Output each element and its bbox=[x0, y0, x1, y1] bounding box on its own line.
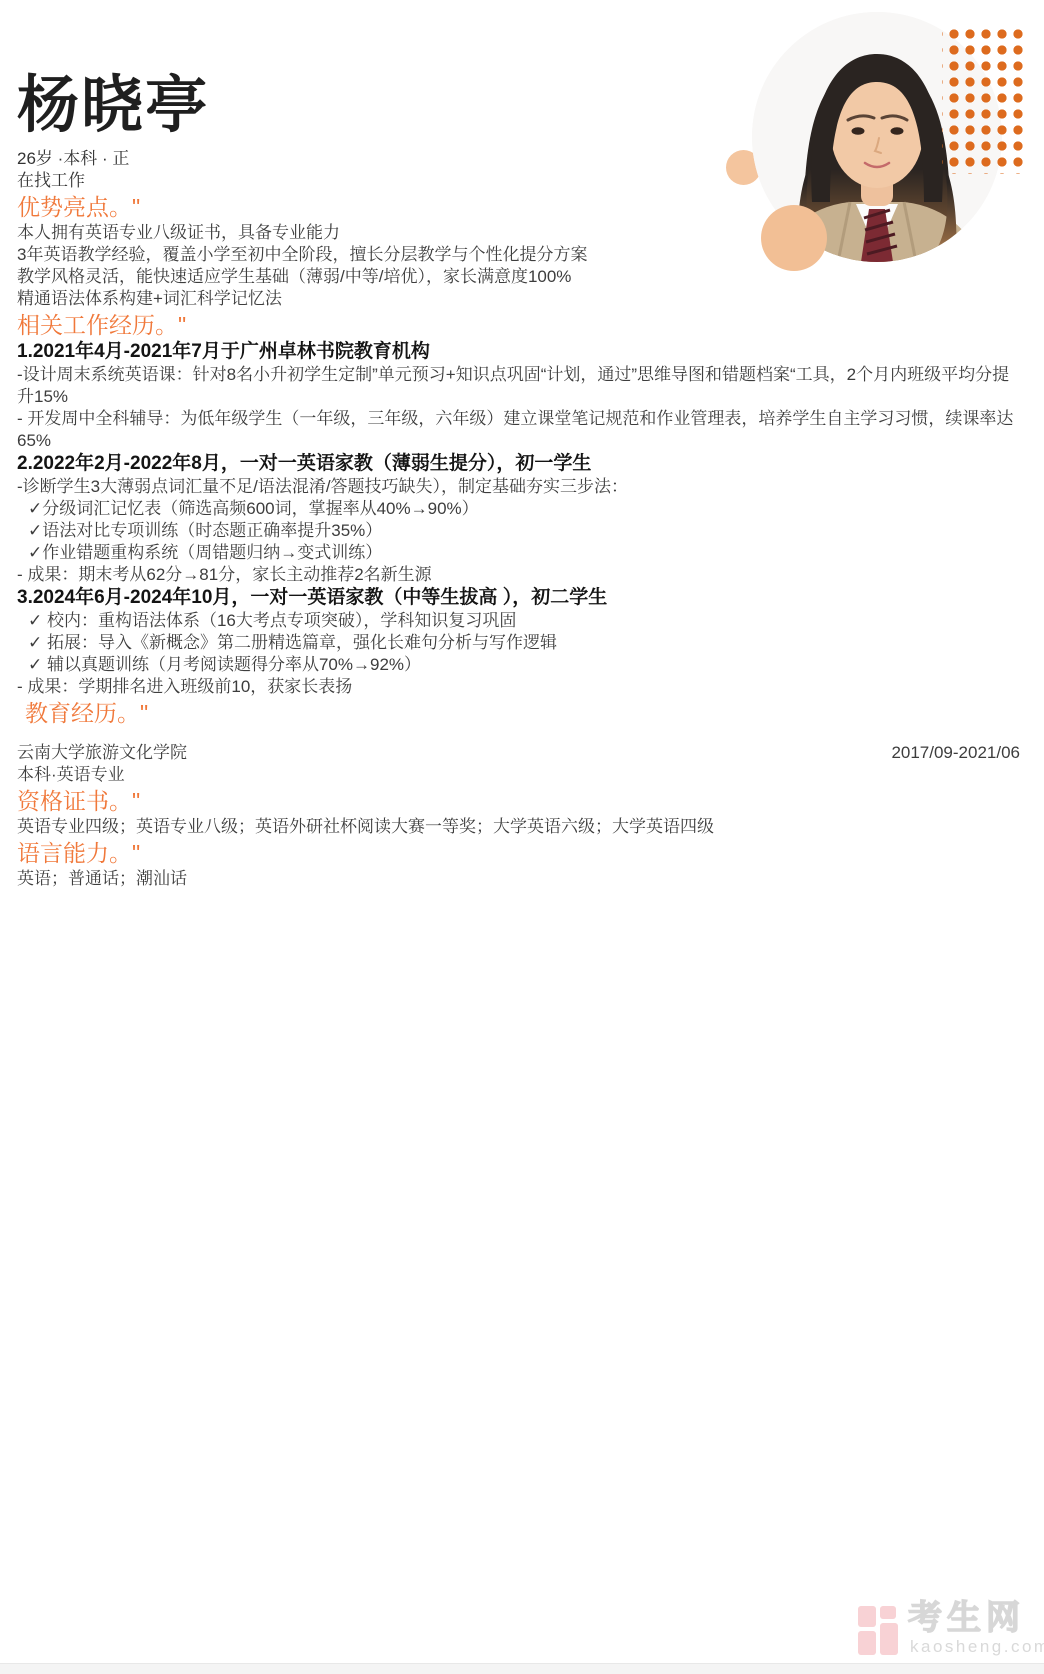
job-heading: 3.2024年6月-2024年10月，一对一英语家教（中等生拔高 ），初二学生 bbox=[17, 586, 1020, 610]
resume-page: 杨晓亭 26岁 ·本科 · 正 在找工作 优势亮点。" 本人拥有英语专业八级证书… bbox=[0, 0, 1044, 1674]
highlight-line: 精通语法体系构建+词汇科学记忆法 bbox=[17, 288, 1020, 310]
site-watermark: 考生网 kaosheng.com bbox=[858, 1600, 1038, 1662]
section-title-languages: 语言能力。" bbox=[17, 838, 1020, 868]
highlight-line: 3年英语教学经验，覆盖小学至初中全阶段，擅长分层教学与个性化提分方案 bbox=[17, 244, 1020, 266]
job-result: - 成果：学期排名进入班级前10，获家长表扬 bbox=[17, 676, 1020, 698]
job-check-item: ✓ 拓展：导入《新概念》第二册精选篇章，强化长难句分析与写作逻辑 bbox=[17, 632, 1020, 654]
section-title-certificates: 资格证书。" bbox=[17, 786, 1020, 816]
job-result: - 成果：期末考从62分→81分，家长主动推荐2名新生源 bbox=[17, 564, 1020, 586]
page-bottom-divider bbox=[0, 1663, 1044, 1674]
job-paragraph: -诊断学生3大薄弱点词汇量不足/语法混淆/答题技巧缺失），制定基础夯实三步法： bbox=[17, 476, 1020, 498]
section-title-experience: 相关工作经历。" bbox=[17, 310, 1020, 340]
highlight-line: 教学风格灵活，能快速适应学生基础（薄弱/中等/培优），家长满意度100% bbox=[17, 266, 1020, 288]
job-check-item: ✓ 辅以真题训练（月考阅读题得分率从70%→92%） bbox=[17, 654, 1020, 676]
languages-line: 英语；普通话；潮汕话 bbox=[17, 868, 1020, 890]
job-check-item: ✓作业错题重构系统（周错题归纳→变式训练） bbox=[17, 542, 1020, 564]
education-degree: 本科·英语专业 bbox=[17, 764, 1020, 786]
job-check-item: ✓ 校内：重构语法体系（16大考点专项突破），学科知识复习巩固 bbox=[17, 610, 1020, 632]
education-row: 云南大学旅游文化学院 2017/09-2021/06 bbox=[17, 742, 1020, 764]
education-period: 2017/09-2021/06 bbox=[891, 742, 1020, 764]
highlight-line: 本人拥有英语专业八级证书，具备专业能力 bbox=[17, 222, 1020, 244]
job-check-item: ✓语法对比专项训练（时态题正确率提升35%） bbox=[17, 520, 1020, 542]
section-title-education: 教育经历。" bbox=[17, 698, 1020, 728]
watermark-brand: 考生网 bbox=[908, 1600, 1025, 1636]
job-heading: 1.2021年4月-2021年7月于广州卓林书院教育机构 bbox=[17, 340, 1020, 364]
kaosheng-logo-icon bbox=[858, 1606, 900, 1656]
job-heading: 2.2022年2月-2022年8月，一对一英语家教（薄弱生提分），初一学生 bbox=[17, 452, 1020, 476]
job-paragraph: -设计周末系统英语课：针对8名小升初学生定制”单元预习+知识点巩固“计划，通过”… bbox=[17, 364, 1020, 408]
education-school: 云南大学旅游文化学院 bbox=[17, 742, 187, 764]
basic-info-line-1: 26岁 ·本科 · 正 bbox=[17, 148, 1020, 170]
candidate-name: 杨晓亭 bbox=[17, 64, 1020, 148]
watermark-domain: kaosheng.com bbox=[910, 1638, 1044, 1656]
job-paragraph: - 开发周中全科辅导：为低年级学生（一年级，三年级，六年级）建立课堂笔记规范和作… bbox=[17, 408, 1020, 452]
job-check-item: ✓分级词汇记忆表（筛选高频600词，掌握率从40%→90%） bbox=[17, 498, 1020, 520]
basic-info-line-2: 在找工作 bbox=[17, 170, 1020, 192]
section-title-highlights: 优势亮点。" bbox=[17, 192, 1020, 222]
certificates-line: 英语专业四级；英语专业八级；英语外研社杯阅读大赛一等奖；大学英语六级；大学英语四… bbox=[17, 816, 1020, 838]
